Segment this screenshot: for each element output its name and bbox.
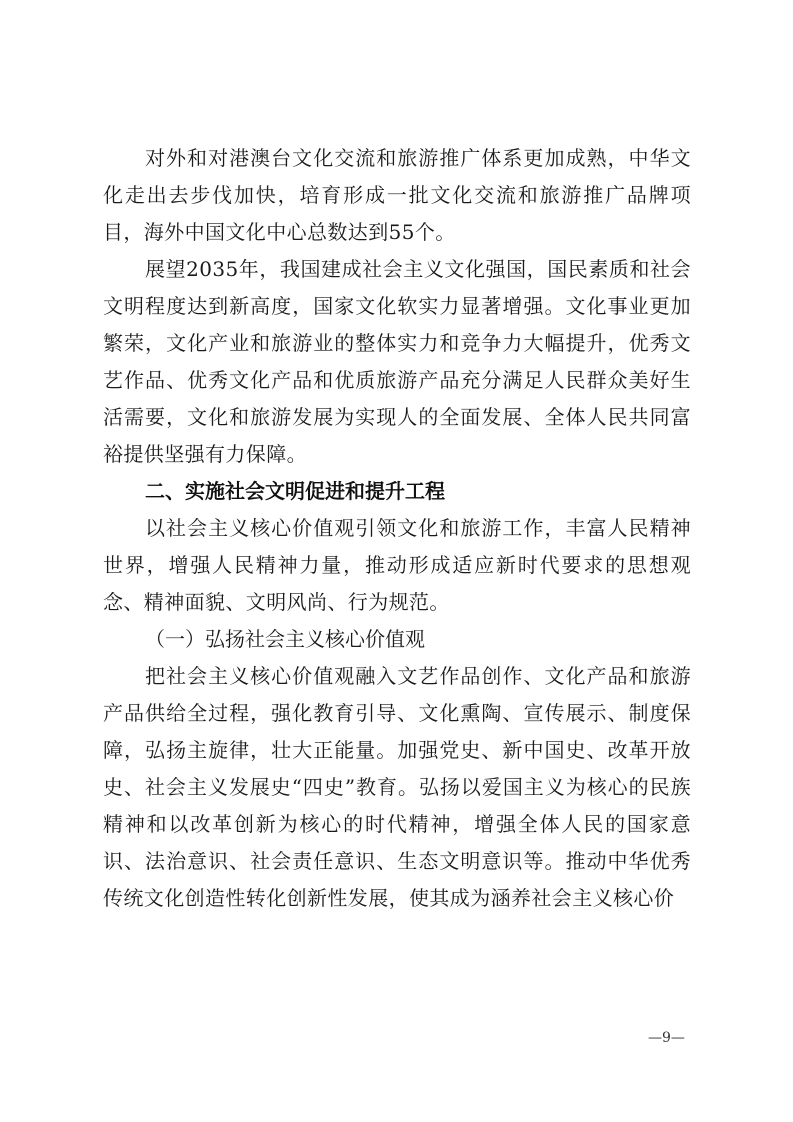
paragraph-vision-2035: 展望2035年，我国建成社会主义文化强国，国民素质和社会文明程度达到新高度，国家… — [103, 251, 691, 473]
page-number: —9— — [648, 1030, 685, 1046]
paragraph-overseas-exchange: 对外和对港澳台文化交流和旅游推广体系更加成熟，中华文化走出去步伐加快，培育形成一… — [103, 140, 691, 251]
paragraph-section-intro: 以社会主义核心价值观引领文化和旅游工作，丰富人民精神世界，增强人民精神力量，推动… — [103, 510, 691, 621]
subsection-heading: （一）弘扬社会主义核心价值观 — [103, 621, 691, 658]
document-page: 对外和对港澳台文化交流和旅游推广体系更加成熟，中华文化走出去步伐加快，培育形成一… — [103, 140, 691, 917]
paragraph-core-values: 把社会主义核心价值观融入文艺作品创作、文化产品和旅游产品供给全过程，强化教育引导… — [103, 658, 691, 917]
section-heading: 二、实施社会文明促进和提升工程 — [103, 473, 691, 510]
